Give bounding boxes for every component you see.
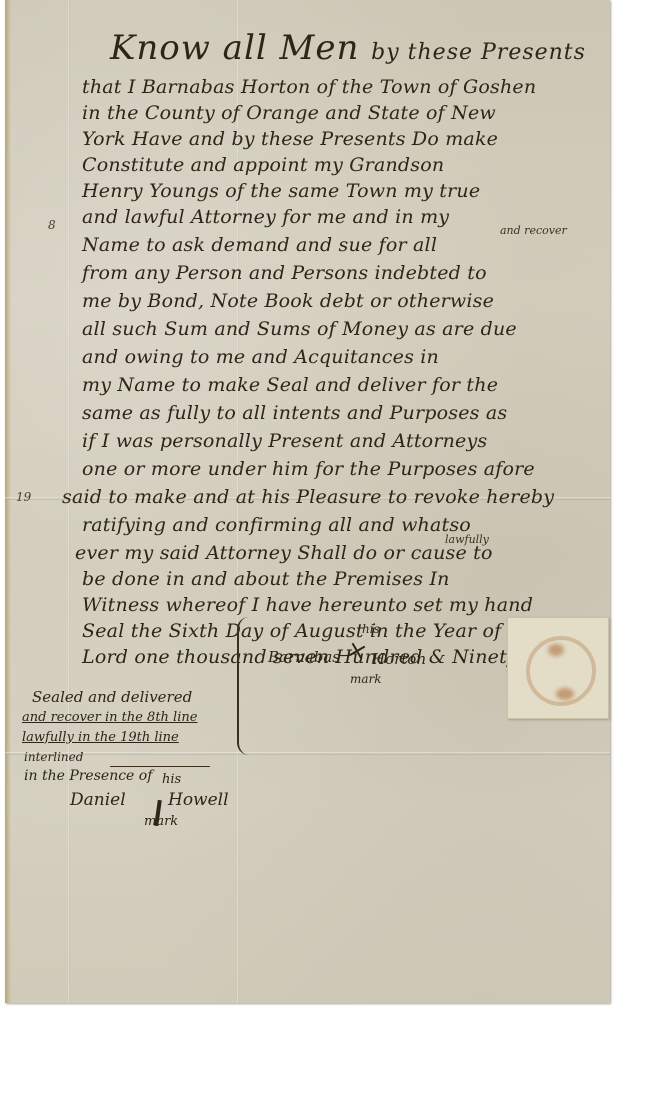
body-line: my Name to make Seal and deliver for the — [82, 374, 498, 396]
body-line: Constitute and appoint my Grandson — [82, 154, 444, 176]
body-line: in the County of Orange and State of New — [82, 102, 496, 124]
principal-first-name: Barnabas — [268, 648, 340, 666]
principal-mark-label: mark — [350, 672, 382, 686]
paper-edge — [5, 0, 11, 1003]
body-line: York Have and by these Presents Do make — [82, 128, 498, 150]
interlineation: and recover — [500, 224, 567, 237]
body-line: and lawful Attorney for me and in my — [82, 206, 449, 228]
seal-stain — [548, 644, 564, 656]
margin-number: 8 — [48, 218, 56, 232]
margin-number: 19 — [16, 490, 31, 504]
attestation-line: lawfully in the 19th line — [22, 730, 179, 745]
body-line: from any Person and Persons indebted to — [82, 262, 487, 284]
document-heading: Know all Men by these Presents — [110, 28, 586, 68]
body-line: Henry Youngs of the same Town my true — [82, 180, 480, 202]
body-line: same as fully to all intents and Purpose… — [82, 402, 507, 424]
body-line: Name to ask demand and sue for all — [82, 234, 437, 256]
attestation-rule — [110, 766, 210, 767]
attestation-line: and recover in the 8th line — [22, 710, 197, 725]
body-line: be done in and about the Premises In — [82, 568, 450, 590]
body-line: that I Barnabas Horton of the Town of Go… — [82, 76, 536, 98]
seal-stain — [556, 688, 574, 700]
witness-his: his — [162, 772, 181, 787]
body-line: if I was personally Present and Attorney… — [82, 430, 487, 452]
witness-last-name: Howell — [168, 790, 229, 810]
body-line: Witness whereof I have hereunto set my h… — [82, 594, 533, 616]
signature-brace — [237, 617, 255, 755]
attestation-line: interlined — [24, 750, 83, 764]
principal-last-name: Horton — [372, 650, 426, 668]
body-line: ever my said Attorney Shall do or cause … — [75, 542, 493, 564]
body-line: Seal the Sixth Day of August in the Year… — [82, 620, 541, 642]
heading-subtitle: by these Presents — [371, 40, 586, 65]
attestation-line: Sealed and delivered — [32, 688, 192, 706]
body-line: me by Bond, Note Book debt or otherwise — [82, 290, 494, 312]
body-line: said to make and at his Pleasure to revo… — [62, 486, 554, 508]
wafer-seal — [507, 617, 609, 719]
attestation-line: in the Presence of — [24, 768, 152, 784]
principal-his: his — [362, 622, 380, 636]
body-line: and owing to me and Acquitances in — [82, 346, 439, 368]
body-line: one or more under him for the Purposes a… — [82, 458, 535, 480]
body-line: ratifying and confirming all and whatso — [82, 514, 471, 536]
witness-first-name: Daniel — [70, 790, 126, 810]
witness-mark-label: mark — [144, 814, 178, 829]
heading-title: Know all Men — [110, 28, 359, 68]
fold-line-horizontal — [5, 752, 610, 755]
body-line: all such Sum and Sums of Money as are du… — [82, 318, 517, 340]
